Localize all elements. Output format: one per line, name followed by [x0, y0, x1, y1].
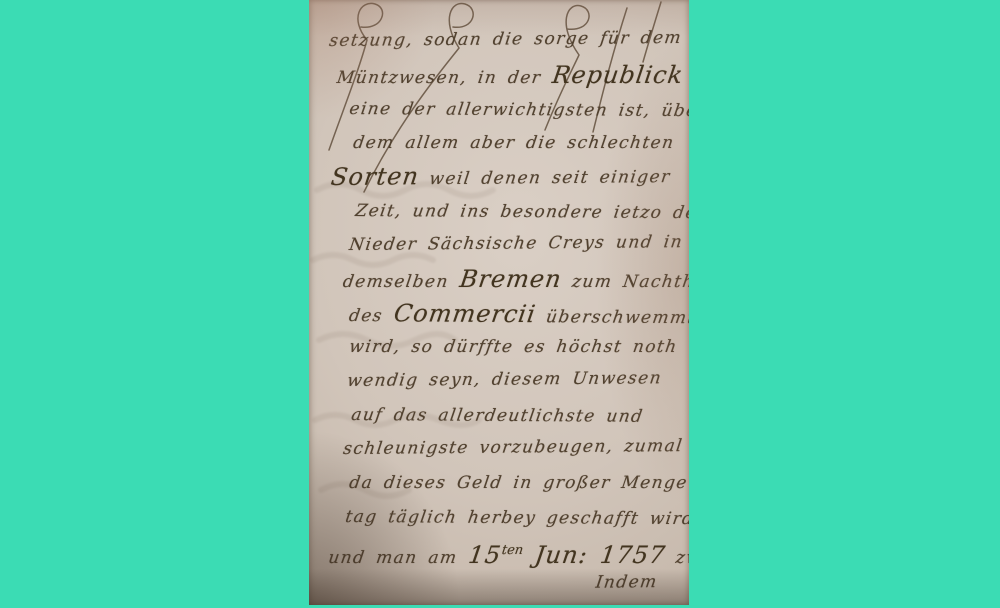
manuscript-line: Nieder Sächsische Creys und in [347, 225, 682, 262]
manuscript-line: da dieses Geld in großer Menge [347, 466, 682, 500]
text-segment: Indem [595, 572, 659, 593]
manuscript-line: setzung, sodan die sorge für dem [327, 21, 682, 58]
emphasized-word: Bremen [458, 265, 564, 293]
manuscript-line: tag täglich herbey geschafft wird, [343, 500, 682, 536]
text-segment: zum Nachtheil [560, 272, 689, 292]
manuscript-line: wendig seyn, diesem Unwesen [345, 361, 682, 398]
manuscript-line: Müntzwesen, in der Republick [335, 58, 682, 92]
manuscript-line: schleunigste vorzubeugen, zumal [341, 429, 682, 466]
text-segment: setzung, sodan die sorge für dem [328, 28, 683, 51]
text-segment: dem allem aber die schlechten [352, 133, 676, 153]
emphasized-word: Sorten [329, 162, 420, 191]
text-segment: weil denen seit einiger [417, 167, 672, 189]
text-segment: eine der allerwichtigsten ist, über [348, 99, 689, 121]
emphasized-word: ten [501, 543, 524, 558]
emphasized-word: 15 [467, 541, 503, 569]
text-segment: des [348, 306, 396, 326]
emphasized-word: Republick [551, 61, 686, 89]
manuscript-text: setzung, sodan die sorge für demMüntzwes… [325, 24, 677, 602]
screenshot-root: { "colors": { "background_teal": "#3bdcb… [0, 0, 1000, 608]
text-segment: wird, so dürffte es höchst noth [348, 337, 679, 357]
text-segment: Zeit, und ins besondere ietzo der [354, 201, 689, 223]
manuscript-line: Sorten weil denen seit einiger [329, 157, 682, 194]
text-segment: und man am [327, 548, 470, 568]
emphasized-word: Commercii [392, 299, 538, 328]
text-segment: zwey [664, 548, 689, 568]
manuscript-line: Indem [325, 565, 660, 602]
text-segment: Müntzwesen, in der [336, 68, 554, 88]
manuscript-line: dem allem aber die schlechten [351, 126, 682, 160]
text-segment: Nieder Sächsische Creys und in [348, 232, 684, 255]
text-segment: überschwemmt [534, 307, 689, 328]
text-segment: wendig seyn, diesem Unwesen [346, 368, 663, 391]
text-segment: tag täglich herbey geschafft wird, [344, 507, 689, 529]
manuscript-photo: setzung, sodan die sorge für demMüntzwes… [309, 0, 689, 605]
manuscript-line: des Commercii überschwemmt [347, 296, 682, 332]
manuscript-line: eine der allerwichtigsten ist, über [347, 92, 682, 128]
text-segment: auf das allerdeutlichste und [350, 405, 645, 427]
text-segment: da dieses Geld in großer Menge [348, 473, 689, 493]
manuscript-line: und man am 15ten Jun: 1757 zwey [327, 534, 682, 568]
text-segment: demselben [342, 272, 461, 292]
manuscript-line: wird, so dürffte es höchst noth [347, 330, 682, 364]
manuscript-line: demselben Bremen zum Nachtheil [341, 262, 682, 296]
text-segment: schleunigste vorzubeugen, zumal [342, 436, 684, 459]
